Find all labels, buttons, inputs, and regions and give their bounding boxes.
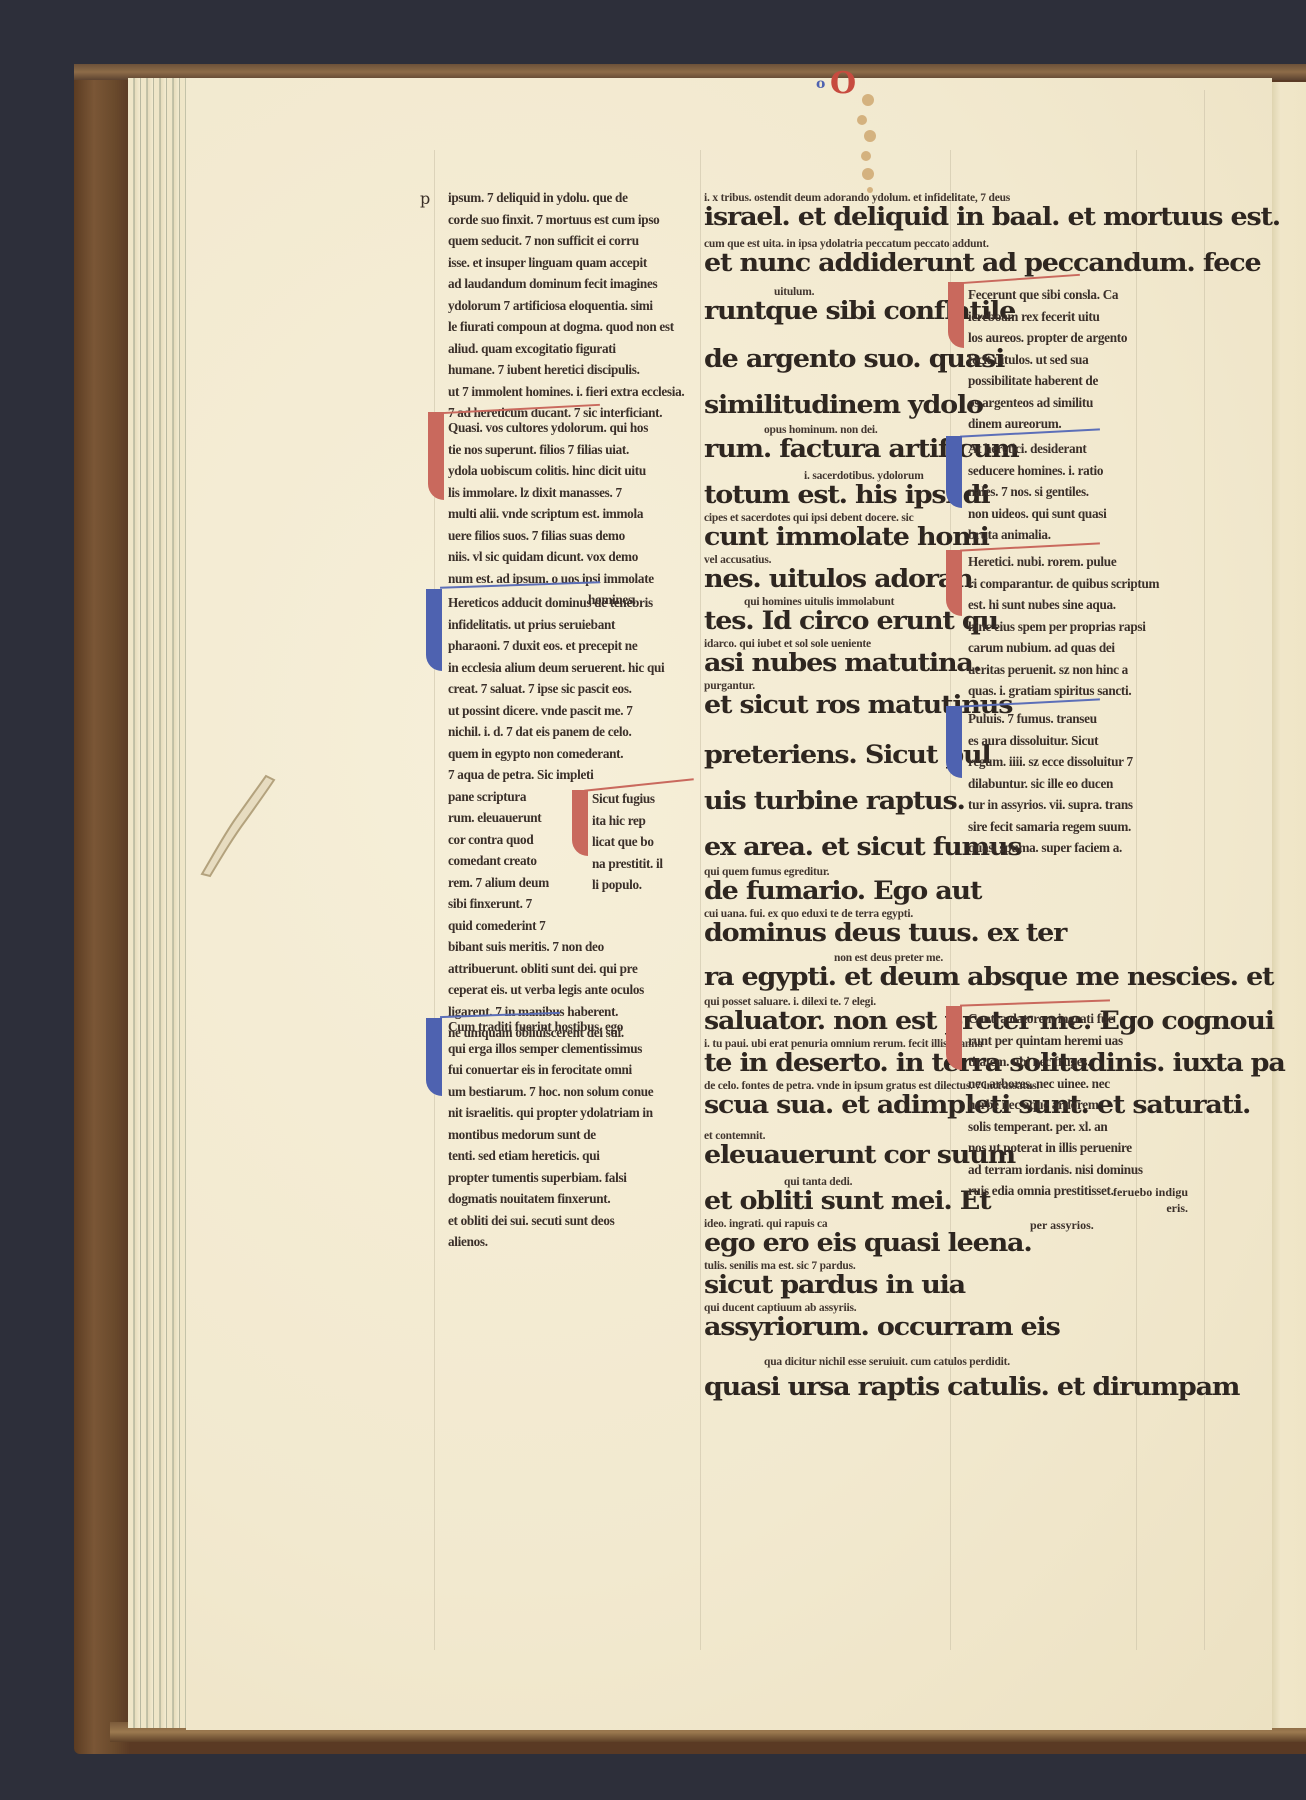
decorated-initial-red [428,412,444,500]
main-text-row: quasi ursa raptis catulis. et dirumpam [704,1372,1239,1403]
main-text-row: similitudinem ydolo [704,390,983,421]
gloss-line: herbe nec aque ardorem [968,1094,1143,1116]
main-text-line: similitudinem ydolo [704,390,983,419]
gloss-line: infidelitatis. ut prius seruiebant [448,614,664,636]
gloss-line: quasi spuma. super faciem a. [968,837,1133,859]
gloss-line: nichil. i. d. 7 dat eis panem de celo. [448,721,664,743]
main-text-row: israel. et deliquid in baal. et mortuus … [704,202,1280,233]
gloss-line: quem seducit. 7 non sufficit ei corru [448,230,684,252]
gloss-line: bibant suis meritis. 7 non deo [448,936,664,958]
gloss-line: ut possint dicere. vnde pascit me. 7 [448,700,664,722]
gloss-line: alienos. [448,1231,653,1253]
gloss-line: Sicut fugius [592,788,663,810]
main-text-line: de argento suo. quasi [704,344,1004,373]
gloss-line: propter tumentis superbiam. falsi [448,1167,653,1189]
gloss-line: niis. vl sic quidam dicunt. vox demo [448,546,654,568]
gloss-line: ceperat eis. ut verba legis ante oculos [448,979,664,1001]
decorated-initial-blue [946,706,962,778]
gloss-line: um bestiarum. 7 hoc. non solum conue [448,1081,653,1103]
parchment-damage [196,770,276,880]
decorated-initial-blue [946,436,962,508]
gloss-line: possibilitate haberent de [968,370,1127,392]
gloss-line: non uideos. qui sunt quasi [968,503,1106,525]
margin-mark: p [420,189,430,208]
gloss-line: hinc eius spem per proprias rapsi [968,616,1159,638]
gloss-line: uere filios suos. 7 filias suas demo [448,525,654,547]
gloss-line: tur in assyrios. vii. supra. trans [968,794,1133,816]
gloss-line: isse. et insuper linguam quam accepit [448,252,684,274]
gloss-line: attribuerunt. obliti sunt dei. qui pre [448,958,664,980]
gloss-line: et obliti dei sui. secuti sunt deos [448,1210,653,1232]
main-text-row: cunt immolate homi [704,522,989,553]
gloss-line: es aura dissoluitur. Sicut [968,730,1133,752]
stain [848,90,888,200]
facing-page-edge [1268,82,1306,1728]
main-text-line: assyriorum. occurram eis [704,1312,1060,1341]
catchword-below: per assyrios. [1030,1218,1094,1233]
running-head-letter-red: O [830,66,856,101]
main-text-line: ra egypti. et deum absque me nescies. et [704,962,1273,991]
main-text-row: et nunc addiderunt ad peccandum. fece [704,248,1260,279]
gloss-line: in ecclesia alium deum seruerent. hic qu… [448,657,664,679]
right-gloss-block-1: Fecerunt que sibi consla. Ca iereboam re… [968,284,1127,435]
main-text-line: asi nubes matutina. [704,648,981,677]
gloss-line: nales. 7 nos. si gentiles. [968,481,1106,503]
main-text-line: nes. uitulos adoran [704,564,973,593]
ruling-line [434,150,435,1650]
gloss-line: los aureos. propter de argento [968,327,1127,349]
gloss-line: ruis edia omnia prestitisset. [968,1180,1143,1202]
gloss-line: aliud. quam excogitatio figurati [448,338,684,360]
gloss-line: dilabuntur. sic ille eo ducen [968,773,1133,795]
gloss-line: licat que bo [592,831,663,853]
decorated-initial-red [946,1006,962,1070]
decorated-initial-blue [426,1018,442,1096]
main-text-line: ego ero eis quasi leena. [704,1228,1032,1257]
main-text-row: ego ero eis quasi leena. [704,1228,1032,1259]
gloss-line: ipsum. 7 deliquid in ydolu. que de [448,187,684,209]
gloss-line: titatem. ubi nec fruges. [968,1051,1143,1073]
main-text-line: et obliti sunt mei. Et [704,1186,990,1215]
gloss-line: Contra datorem ingrati fue [968,1008,1143,1030]
right-gloss-block-4: Puluis. 7 fumus. transeu es aura dissolu… [968,708,1133,859]
gloss-line: creat. 7 saluat. 7 ipse sic pascit eos. [448,678,664,700]
main-text-row: de argento suo. quasi [704,344,1004,375]
gloss-line: Quasi. vos cultores ydolorum. qui hos [448,417,654,439]
main-text-row: asi nubes matutina. [704,648,981,679]
gloss-line: ita hic rep [592,810,663,832]
gloss-line: seducere homines. i. ratio [968,460,1106,482]
decorated-initial-red [946,550,962,616]
main-text-line: israel. et deliquid in baal. et mortuus … [704,202,1280,231]
running-head-letter-blue: o [816,76,825,92]
gloss-line: ad laudandum dominum fecit imagines [448,273,684,295]
main-text-line: et nunc addiderunt ad peccandum. fece [704,248,1260,277]
gloss-line: At heretici. desiderant [968,438,1106,460]
gloss-line: ri comparantur. de quibus scriptum [968,573,1159,595]
gloss-line: montibus medorum sunt de [448,1124,653,1146]
gloss-line: Heretici. nubi. rorem. pulue [968,551,1159,573]
gloss-line: runt per quintam heremi uas [968,1030,1143,1052]
inner-gloss-sicut: Sicut fugius ita hic rep licat que bo na… [592,788,663,896]
gloss-line: quem in egypto non comederant. [448,743,664,765]
gloss-line: ut 7 immolent homines. i. fieri extra ec… [448,381,684,403]
right-gloss-block-2: At heretici. desiderant seducere homines… [968,438,1106,546]
gloss-line: 7 aqua de petra. Sic impleti [448,764,664,786]
interlinear-gloss: qua dicitur nichil esse seruiuit. cum ca… [764,1356,1010,1368]
left-gloss-block-2: Quasi. vos cultores ydolorum. qui hos ti… [448,417,654,611]
gloss-line: quid comederint 7 [448,915,664,937]
main-text-line: sicut pardus in uia [704,1270,965,1299]
gloss-line: solis temperant. per. xl. an [968,1116,1143,1138]
gloss-line: fecit uitulos. ut sed sua [968,349,1127,371]
gloss-line: sibi finxerunt. 7 [448,893,664,915]
gloss-line: tie nos superunt. filios 7 filias uiat. [448,439,654,461]
ruling-line [1204,90,1205,1650]
main-text-row: de fumario. Ego aut [704,876,981,907]
main-text-row: qua dicitur nichil esse seruiuit. cum ca… [764,1356,1010,1368]
decorated-initial-red [572,790,588,856]
gloss-line: fui conuertar eis in ferocitate omni [448,1059,653,1081]
left-gloss-block-4: Cum traditi fuerint hostibus. ego qui er… [448,1016,653,1253]
right-gloss-block-3: Heretici. nubi. rorem. pulue ri comparan… [968,551,1159,702]
gloss-line: os argenteos ad similitu [968,392,1127,414]
gloss-line: nos ut poterat in illis peruenire [968,1137,1143,1159]
gloss-line: li populo. [592,874,663,896]
ruling-line [1136,150,1137,1650]
gloss-line: qui erga illos semper clementissimus [448,1038,653,1060]
gloss-line: ad terram iordanis. nisi dominus [968,1159,1143,1181]
ruling-line [700,150,701,1650]
gloss-line: Hereticos adducit dominus de tenebris [448,592,664,614]
main-text-row: sicut pardus in uia [704,1270,965,1301]
main-text-line: cunt immolate homi [704,522,989,551]
gloss-line: iereboam rex fecerit uitu [968,306,1127,328]
left-gloss-block-1: ipsum. 7 deliquid in ydolu. que de corde… [448,187,684,424]
decorated-initial-blue [426,589,442,671]
main-text-row: et obliti sunt mei. Et [704,1186,990,1217]
gloss-line: Fecerunt que sibi consla. Ca [968,284,1127,306]
page-edges [128,78,188,1728]
gloss-line: sire fecit samaria regem suum. [968,816,1133,838]
gloss-line: corde suo finxit. 7 mortuus est cum ipso [448,209,684,231]
gloss-line: ydolorum 7 artificiosa eloquentia. simi [448,295,684,317]
gloss-line: nec arbores. nec uinee. nec [968,1073,1143,1095]
main-text-row: ra egypti. et deum absque me nescies. et [704,962,1273,993]
main-text-line: uis turbine raptus. [704,786,965,815]
gloss-line: lis immolare. lz dixit manasses. 7 [448,482,654,504]
gloss-line: nit israelitis. qui propter ydolatriam i… [448,1102,653,1124]
gloss-line: Puluis. 7 fumus. transeu [968,708,1133,730]
main-text-row: uis turbine raptus. [704,786,965,817]
main-text-line: dominus deus tuus. ex ter [704,918,1066,947]
gloss-line: tenti. sed etiam hereticis. qui [448,1145,653,1167]
gloss-line: Cum traditi fuerint hostibus. ego [448,1016,653,1038]
main-text-row: dominus deus tuus. ex ter [704,918,1066,949]
gloss-line: pharaoni. 7 duxit eos. et precepit ne [448,635,664,657]
gloss-line: humane. 7 iubent heretici discipulis. [448,359,684,381]
gloss-line: le fiurati compoun at dogma. quod non es… [448,316,684,338]
main-text-row: nes. uitulos adoran [704,564,973,595]
gloss-line: regum. iiii. sz ecce dissoluitur 7 [968,751,1133,773]
gloss-line: dogmatis nouitatem finxerunt. [448,1188,653,1210]
right-gloss-block-5: Contra datorem ingrati fue runt per quin… [968,1008,1143,1202]
main-text-line: de fumario. Ego aut [704,876,981,905]
gloss-line: na prestitit. il [592,853,663,875]
gloss-line: ueritas peruenit. sz non hinc a [968,659,1159,681]
main-text-row: assyriorum. occurram eis [704,1312,1060,1343]
decorated-initial-red [948,282,964,348]
gloss-line: multi alii. vnde scriptum est. immola [448,503,654,525]
gloss-line: ydola uobiscum colitis. hinc dicit uitu [448,460,654,482]
gloss-line: carum nubium. ad quas dei [968,637,1159,659]
gloss-line: est. hi sunt nubes sine aqua. [968,594,1159,616]
main-text-line: quasi ursa raptis catulis. et dirumpam [704,1372,1239,1401]
gloss-line: quas. i. gratiam spiritus sancti. [968,680,1159,702]
